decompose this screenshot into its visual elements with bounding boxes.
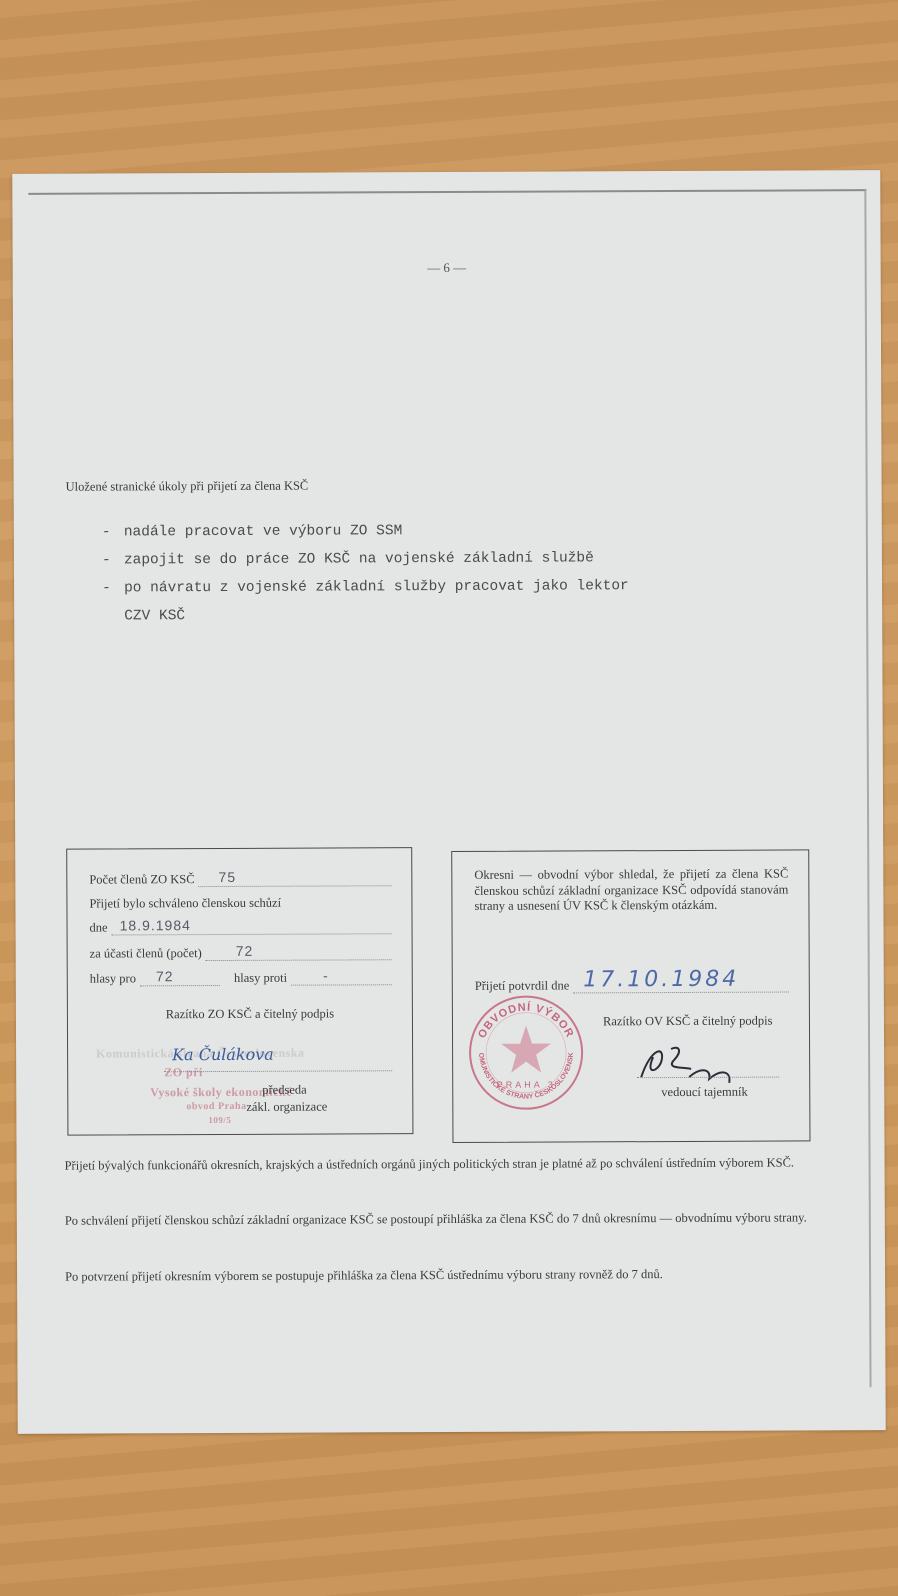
confirmed-date-row: Přijetí potvrdil dne 17.10.1984 <box>475 975 789 994</box>
approved-row: Přijetí bylo schváleno členskou schůzí <box>89 892 391 911</box>
district-committee-statement: Okresni — obvodní výbor shledal, že přij… <box>474 867 788 915</box>
dash-bullet: - <box>102 518 124 546</box>
confirmed-date-value: 17.10.1984 <box>583 967 739 993</box>
secretary-role: vedoucí tajemník <box>661 1085 748 1100</box>
votes-for-value: 72 <box>156 968 174 984</box>
members-count-value: 75 <box>218 869 236 885</box>
task-item: -zapojit se do práce ZO KSČ na vojenské … <box>102 544 629 574</box>
members-count-row: Počet členů ZO KSČ 75 <box>89 868 391 887</box>
task-item: -po návratu z vojenské základní služby p… <box>102 572 629 602</box>
task-item: -nadále pracovat ve výboru ZO SSM <box>102 516 629 546</box>
svg-text:PRAHA 3: PRAHA 3 <box>497 1080 556 1090</box>
chairman-organization: zákl. organizace <box>246 1100 327 1115</box>
primary-organization-box: Počet členů ZO KSČ 75 Přijetí bylo schvá… <box>66 847 413 1136</box>
attendance-row: za účasti členů (počet) 72 <box>90 942 392 961</box>
attendance-value: 72 <box>236 943 254 959</box>
district-stamp-icon: OBVODNÍ VÝBOR KOMUNISTICKÉ STRANY ČESKOS… <box>467 993 586 1112</box>
chairman-role: předseda <box>262 1083 306 1098</box>
votes-row: hlasy pro 72 hlasy proti - <box>90 967 392 986</box>
chairman-signature: Ka Čulákova <box>172 1045 274 1064</box>
zo-stamp-line: obvod Praha <box>186 1101 246 1112</box>
meeting-date-value: 18.9.1984 <box>120 917 191 933</box>
zo-stamp-line: 109/5 <box>208 1115 231 1125</box>
votes-against-value: - <box>323 968 329 984</box>
dash-bullet: - <box>102 546 124 574</box>
zo-stamp-line: ZO při <box>164 1065 203 1080</box>
document-page: — 6 — Uložené stranické úkoly při přijet… <box>12 170 885 1434</box>
dash-bullet: - <box>102 574 124 602</box>
signature-line <box>164 1070 392 1072</box>
district-committee-box: Okresni — obvodní výbor shledal, že přij… <box>451 849 810 1143</box>
meeting-date-row: dne 18.9.1984 <box>90 916 392 935</box>
tasks-heading: Uložené stranické úkoly při přijetí za č… <box>66 479 309 495</box>
tasks-list: -nadále pracovat ve výboru ZO SSM -zapoj… <box>102 516 629 630</box>
zo-stamp-label: Razítko ZO KSČ a čitelný podpis <box>68 1006 412 1023</box>
ov-stamp-label: Razítko OV KSČ a čitelný podpis <box>603 1014 773 1030</box>
task-item-continuation: CZV KSČ <box>102 600 629 630</box>
